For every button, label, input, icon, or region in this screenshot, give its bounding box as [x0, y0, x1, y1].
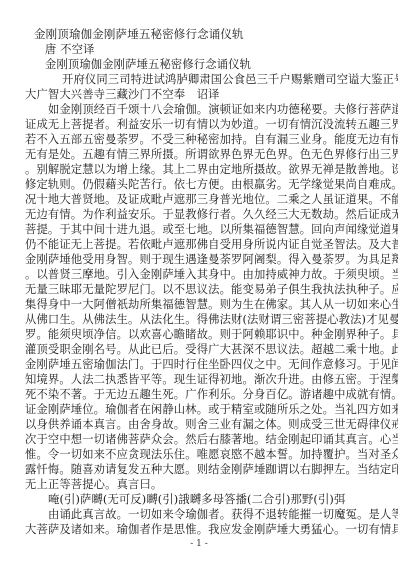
translator-line: 大广智大兴善寺三藏沙门不空奉 诏译 [25, 87, 375, 102]
mantra-line: 唵(引)萨嚩(无可反)嚩(引)誐嚩多母答播(二合引)那野(引)弭 [48, 492, 398, 507]
paragraph-line: 罗。能须臾顷净信。以欢喜心瞻睹故。则于阿赖耶识中。种金刚界种子。具受 [25, 327, 375, 342]
paragraph-line: 。别解脱定慧以为增上缘。其上二界由定地所摄故。欲界无禅是散善地。设有 [25, 162, 375, 177]
translator-line: 开府仪同三司特进试鸿胪卿肃国公食邑三千户赐紫赠司空谥大鉴正号 [62, 72, 398, 87]
paragraph-line: 以身供养诵本真言。由舍身故。则舍三业有漏之体。则成受三世无碍律仪戒。 [25, 417, 375, 432]
paragraph-line: 菩提。于其中间十进九退。或至七地。以所集福德智慧。回向声闻缘觉道果。 [25, 222, 375, 237]
paragraph-line: 无上正等菩提心。真言曰。 [25, 477, 375, 492]
paragraph-line: 知境界。人法二执悉皆平等。现生证得初地。渐次升进。由修五密。于涅槃生 [25, 372, 375, 387]
paragraph-line: 无量三昧耶无量陀罗尼门。以不思议法。能变易弟子俱生我执法执种子。应时 [25, 282, 375, 297]
paragraph-line: 修定轨则。仍假藉头陀苦行。依七方便。由根羸劣。无学缘觉果尚自难成。何 [25, 177, 375, 192]
paragraph-line: 死不染不著。于无边五趣生死。广作利乐。分身百亿。游诸趣中成就有情。令 [25, 387, 375, 402]
paragraph-line: 次于空中想一切诸佛菩萨众会。然后右膝著地。结金刚起印诵其真言。心当思 [25, 432, 375, 447]
paragraph-line: 证金刚萨埵位。瑜伽者在闲静山林。或于精室或随所乐之处。当礼四方如来。 [25, 402, 375, 417]
paragraph-line: 从佛口生。从佛法生。从法化生。得佛法财(法财谓三密菩提心教法)才见曼荼 [25, 312, 375, 327]
paragraph-line: 露忏悔。随喜劝请复发五种大愿。则结金刚萨埵跏谓以右脚押左。当结定印诵 [25, 462, 375, 477]
subtitle: 金刚顶瑜伽金刚萨埵五秘密修行念诵仪轨 [45, 57, 395, 72]
paragraph-line: 金刚萨埵五密瑜伽法门。于四时行住坐卧四仪之中。无间作意修习。于见闻觉 [25, 357, 375, 372]
document-page: 金刚顶瑜伽金刚萨埵五秘密修行念诵仪轨 唐 不空译 金刚顶瑜伽金刚萨埵五秘密修行念… [0, 0, 398, 563]
paragraph-line: 集得身中一大阿僧祇劫所集福德智慧。则为生在佛家。其人从一切如来心生。 [25, 297, 375, 312]
paragraph-line: 无边有情。为作利益安乐。于显教修行者。久久经三大无数劫。然后证成无上 [25, 207, 375, 222]
paragraph-line: 若不入五部五密曼荼罗。不受三种秘密加持。自有漏三业身。能度无边有情。 [25, 132, 375, 147]
paragraph-line: 。以普贤三摩地。引入金刚萨埵入其身中。由加持威神力故。于须臾顷。当证 [25, 267, 375, 282]
paragraph-line: 由诵此真言故。一切如来令瑜伽者。获得不退转能摧一切魔冤。是人等同 [48, 507, 398, 522]
paragraph-line: 金刚萨埵他受用身智。则于现生遇逢曼荼罗阿阇梨。得入曼荼罗。为具足羯磨 [25, 252, 375, 267]
paragraph-line: 仍不能证无上菩提。若依毗卢遮那佛自受用身所说内证自觉圣智法。及大普贤 [25, 237, 375, 252]
author-line: 唐 不空译 [45, 42, 395, 57]
page-number: - 1 - [0, 538, 398, 550]
paragraph-line: 无有是处。五趣有情三界所摄。所谓欲界色界无色界。色无色界修行出三界道 [25, 147, 375, 162]
paragraph-line: 证成无上菩提者。利益安乐一切有情以为妙道。一切有情沉没流转五趣三界。 [25, 117, 375, 132]
paragraph-line: 况十地大普贤地。及证成毗卢遮那三身普光地位。二乘之人虽证道果。不能于 [25, 192, 375, 207]
paragraph-line: 惟。令一切如来不应贪现法乐住。唯愿哀愍不越本誓。加持覆护。当对圣众发 [25, 447, 375, 462]
document-title: 金刚顶瑜伽金刚萨埵五秘密修行念诵仪轨 [34, 27, 384, 42]
paragraph-line: 如金刚顶经百千颂十八会瑜伽。演顿证如来内功德秘要。夫修行菩萨道。 [48, 102, 398, 117]
paragraph-line: 大菩萨及诸如来。瑜伽者作是思惟。我应发金刚萨埵大勇猛心。一切有情具如 [25, 522, 375, 537]
paragraph-line: 灌顶受职金刚名号。从此已后。受得广大甚深不思议法。超越二乘十地。此大 [25, 342, 375, 357]
